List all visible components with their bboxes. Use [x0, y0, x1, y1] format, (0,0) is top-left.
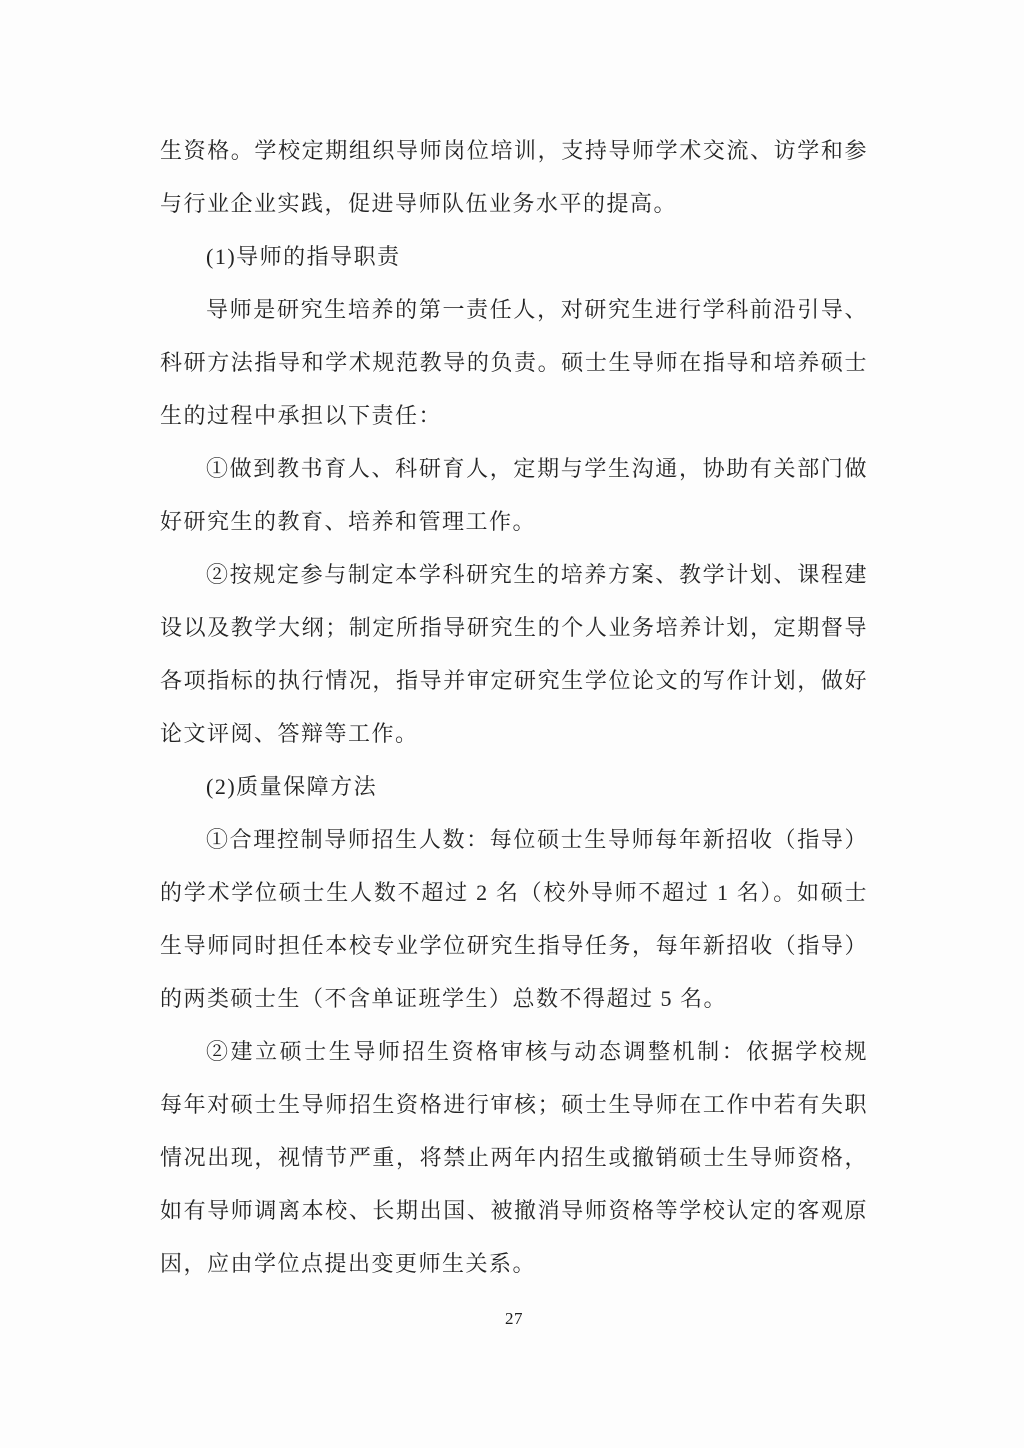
text-line: 生资格。学校定期组织导师岗位培训，支持导师学术交流、访学和参: [160, 124, 868, 177]
text-line: 如有导师调离本校、长期出国、被撤消导师资格等学校认定的客观原: [160, 1184, 868, 1237]
text-line: 的学术学位硕士生人数不超过 2 名（校外导师不超过 1 名）。如硕士: [160, 866, 868, 919]
text-line: ①合理控制导师招生人数：每位硕士生导师每年新招收（指导）: [160, 813, 868, 866]
text-line: 情况出现，视情节严重，将禁止两年内招生或撤销硕士生导师资格，: [160, 1131, 868, 1184]
text-line: 生导师同时担任本校专业学位研究生指导任务，每年新招收（指导）: [160, 919, 868, 972]
text-line: 设以及教学大纲；制定所指导研究生的个人业务培养计划，定期督导: [160, 601, 868, 654]
text-line: ②建立硕士生导师招生资格审核与动态调整机制：依据学校规定，: [160, 1025, 868, 1078]
text-line: 与行业企业实践，促进导师队伍业务水平的提高。: [160, 177, 868, 230]
text-line: 论文评阅、答辩等工作。: [160, 707, 868, 760]
document-page: 生资格。学校定期组织导师岗位培训，支持导师学术交流、访学和参 与行业企业实践，促…: [0, 0, 1024, 1448]
section-heading: (1)导师的指导职责: [160, 230, 868, 283]
text-line: 科研方法指导和学术规范教导的负责。硕士生导师在指导和培养硕士: [160, 336, 868, 389]
text-line: 各项指标的执行情况，指导并审定研究生学位论文的写作计划，做好: [160, 654, 868, 707]
text-line: 生的过程中承担以下责任：: [160, 389, 868, 442]
text-line: 好研究生的教育、培养和管理工作。: [160, 495, 868, 548]
text-line: 导师是研究生培养的第一责任人，对研究生进行学科前沿引导、: [160, 283, 868, 336]
text-line: 因，应由学位点提出变更师生关系。: [160, 1237, 868, 1290]
text-line: 每年对硕士生导师招生资格进行审核；硕士生导师在工作中若有失职: [160, 1078, 868, 1131]
section-heading: (2)质量保障方法: [160, 760, 868, 813]
page-number: 27: [160, 1308, 868, 1330]
text-line: ②按规定参与制定本学科研究生的培养方案、教学计划、课程建: [160, 548, 868, 601]
text-line: 的两类硕士生（不含单证班学生）总数不得超过 5 名。: [160, 972, 868, 1025]
body-text: 生资格。学校定期组织导师岗位培训，支持导师学术交流、访学和参 与行业企业实践，促…: [160, 124, 868, 1290]
text-line: ①做到教书育人、科研育人，定期与学生沟通，协助有关部门做: [160, 442, 868, 495]
